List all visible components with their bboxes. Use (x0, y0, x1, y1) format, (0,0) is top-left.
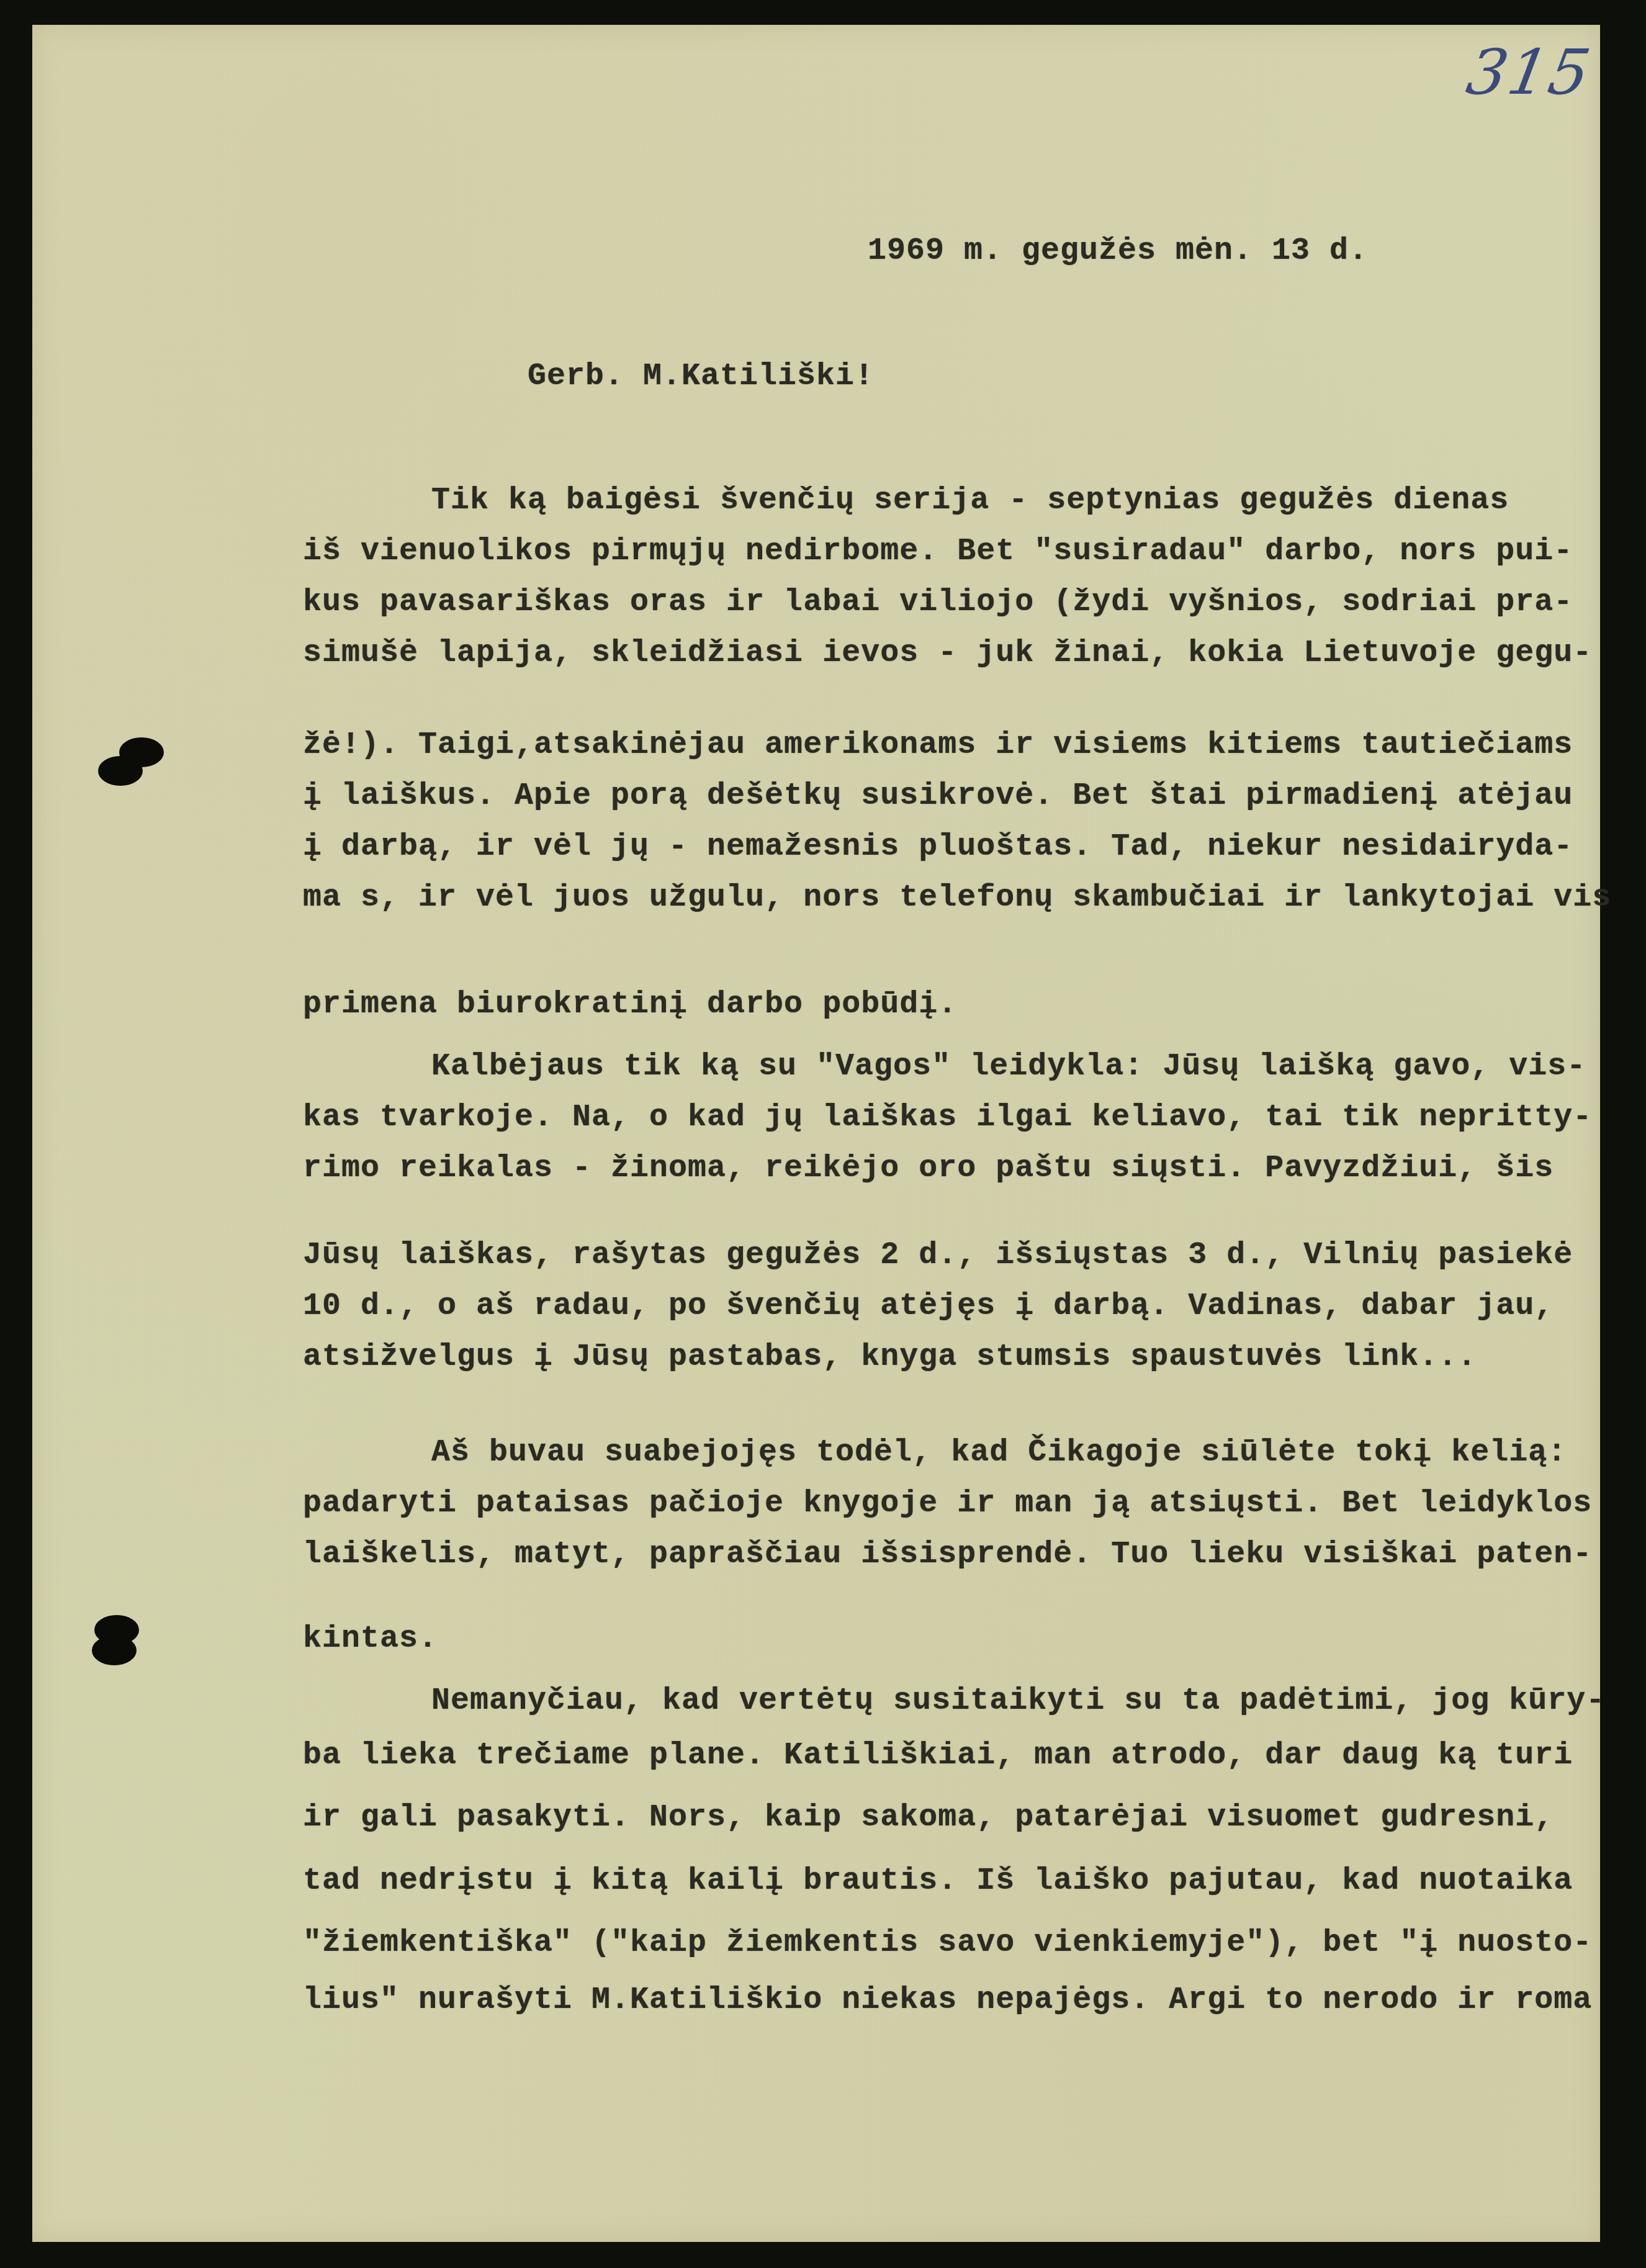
body-line: iš vienuolikos pirmųjų nedirbome. Bet "s… (303, 534, 1573, 569)
body-line: rimo reikalas - žinoma, reikėjo oro pašt… (303, 1151, 1554, 1186)
body-line: tad nedrįstu į kitą kailį brautis. Iš la… (303, 1863, 1573, 1899)
salutation: Gerb. M.Katiliški! (528, 359, 874, 394)
body-line: kas tvarkoje. Na, o kad jų laiškas ilgai… (303, 1100, 1592, 1135)
body-line: primena biurokratinį darbo pobūdį. (303, 987, 957, 1022)
body-line: į laiškus. Apie porą dešėtkų susikrovė. … (303, 778, 1573, 814)
body-line: kintas. (303, 1621, 438, 1657)
punch-hole-icon (98, 756, 143, 786)
body-line: lius" nurašyti M.Katiliškio niekas nepaj… (303, 1982, 1592, 2018)
body-line: į darbą, ir vėl jų - nemažesnis pluoštas… (303, 829, 1573, 865)
body-line: Nemanyčiau, kad vertėtų susitaikyti su t… (431, 1683, 1605, 1719)
body-line: kus pavasariškas oras ir labai viliojo (… (303, 585, 1573, 620)
body-line: ir gali pasakyti. Nors, kaip sakoma, pat… (303, 1800, 1554, 1835)
punch-hole-icon (92, 1636, 137, 1665)
date-line: 1969 m. gegužės mėn. 13 d. (868, 233, 1368, 269)
handwritten-page-number: 315 (1462, 36, 1597, 109)
body-line: ma s, ir vėl juos užgulu, nors telefonų … (303, 880, 1611, 916)
body-line: žė!). Taigi,atsakinėjau amerikonams ir v… (303, 727, 1573, 763)
body-line: atsižvelgus į Jūsų pastabas, knyga stums… (303, 1339, 1477, 1375)
body-line: Tik ką baigėsi švenčių serija - septynia… (431, 483, 1509, 518)
body-line: 10 d., o aš radau, po švenčių atėjęs į d… (303, 1289, 1554, 1324)
body-line: padaryti pataisas pačioje knygoje ir man… (303, 1486, 1592, 1521)
scanned-document: 315 1969 m. gegužės mėn. 13 d. Gerb. M.K… (0, 0, 1646, 2268)
body-line: Aš buvau suabejojęs todėl, kad Čikagoje … (431, 1435, 1567, 1470)
body-line: ba lieka trečiame plane. Katiliškiai, ma… (303, 1738, 1573, 1773)
body-line: Kalbėjaus tik ką su "Vagos" leidykla: Jū… (431, 1049, 1586, 1084)
body-line: "žiemkentiška" ("kaip žiemkentis savo vi… (303, 1925, 1592, 1961)
body-line: laiškelis, matyt, papraščiau išsisprendė… (303, 1537, 1592, 1572)
body-line: Jūsų laiškas, rašytas gegužės 2 d., išsi… (303, 1238, 1573, 1273)
body-line: simušė lapija, skleidžiasi ievos - juk ž… (303, 636, 1592, 671)
